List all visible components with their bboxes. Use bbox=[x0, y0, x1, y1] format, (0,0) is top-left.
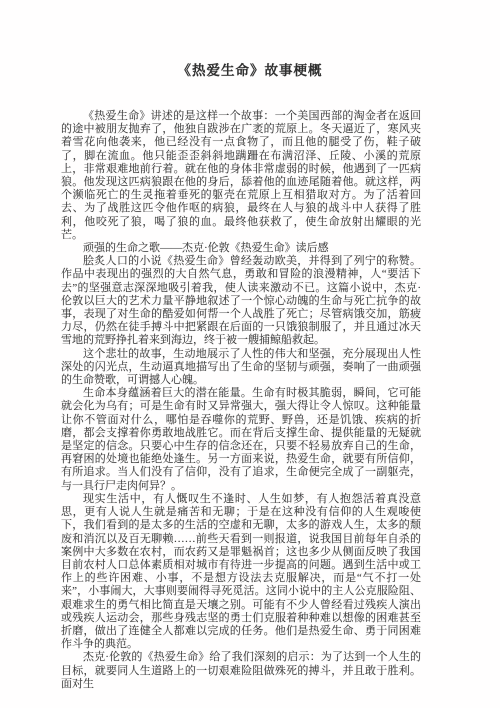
document-title: 《热爱生命》故事梗概 bbox=[0, 59, 500, 79]
paragraph-story-summary: 《热爱生命》讲述的是这样一个故事：一个美国西部的淘金者在返回的途中被朋友抛弃了，… bbox=[61, 110, 421, 242]
paragraph-conclusion: 杰克·伦敦的《热爱生命》给了我们深刻的启示：为了达到一个人生的目标，就要同人生道… bbox=[61, 651, 421, 691]
document-page: 《热爱生命》故事梗概 《热爱生命》讲述的是这样一个故事：一个美国西部的淘金者在返… bbox=[0, 0, 500, 708]
document-body: 《热爱生命》讲述的是这样一个故事：一个美国西部的淘金者在返回的途中被朋友抛弃了，… bbox=[61, 110, 421, 691]
paragraph-review-intro: 脍炙人口的小说《热爱生命》曾经轰动欧美，并得到了列宁的称赞。作品中表现出的强烈的… bbox=[61, 255, 421, 347]
paragraph-story-praise: 这个悲壮的故事，生动地展示了人性的伟大和坚强，充分展现出人性深处的闪光点，生动逼… bbox=[61, 348, 421, 388]
paragraph-real-life: 现实生活中，有人慨叹生不逢时、人生如梦，有人抱怨活着真没意思，更有人说人生就是痛… bbox=[61, 493, 421, 651]
paragraph-review-subtitle: 顽强的生命之歌——杰克·伦敦《热爱生命》读后感 bbox=[61, 242, 421, 255]
paragraph-life-energy: 生命本身蕴涵着巨大的潜在能量。生命有时极其脆弱，瞬间，它可能就会化为乌有；可是生… bbox=[61, 387, 421, 493]
